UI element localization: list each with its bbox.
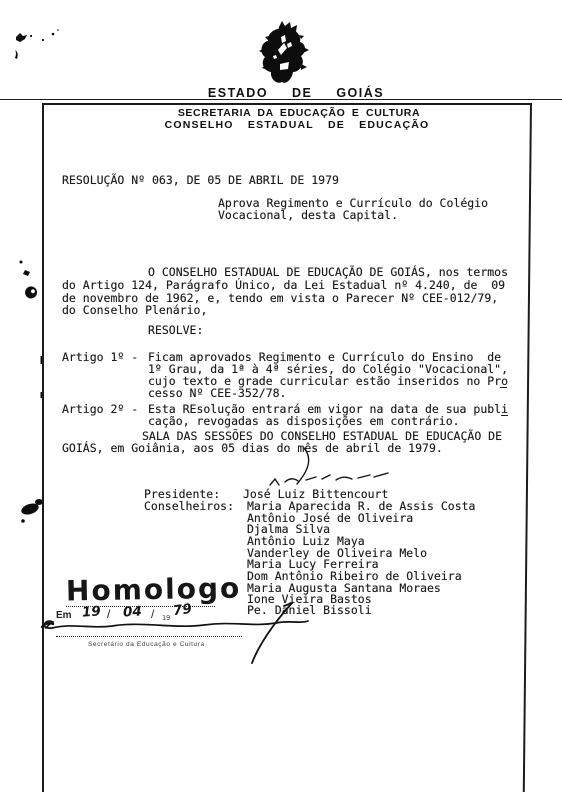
pen-stroke-arrow bbox=[244, 597, 304, 667]
stamp-date-dotted-line bbox=[66, 606, 215, 607]
article1-line: cesso Nº CEE-352/78. bbox=[148, 387, 286, 399]
preamble-line: do Conselho Plenário, bbox=[62, 304, 207, 316]
preamble-line: do Artigo 124, Parágrafo Único, da Lei E… bbox=[62, 279, 505, 291]
frame-right-border bbox=[523, 103, 532, 792]
hyphenation-underline bbox=[500, 387, 507, 388]
frame-top-border bbox=[42, 103, 532, 105]
signer-title-text: Secretário da Educação e Cultura bbox=[88, 641, 205, 648]
resolution-title: RESOLUÇÃO Nº 063, DE 05 DE ABRIL DE 1979 bbox=[62, 174, 339, 186]
homologo-stamp: Homologo bbox=[66, 571, 242, 607]
frame-left-border bbox=[42, 103, 44, 792]
article1-label: Artigo 1º - bbox=[62, 351, 138, 363]
letterhead-underline bbox=[0, 99, 562, 100]
signature-dotted-line bbox=[56, 636, 242, 637]
counselors-label: Conselheiros: bbox=[144, 500, 234, 512]
article2-line: cação, revogadas as disposições em contr… bbox=[148, 415, 460, 427]
preamble-line: O CONSELHO ESTADUAL DE EDUCAÇÃO DE GOIÁS… bbox=[148, 266, 508, 278]
hyphenation-underline bbox=[501, 415, 508, 416]
council-title: CONSELHO ESTADUAL DE EDUCAÇÃO bbox=[165, 119, 430, 131]
scanned-resolution-document: ESTADO DE GOIÁS SECRETARIA DA EDUCAÇÃO E… bbox=[0, 0, 562, 792]
article2-label: Artigo 2º - bbox=[62, 403, 138, 415]
summary-line: Vocacional, desta Capital. bbox=[218, 209, 398, 221]
state-title: ESTADO DE GOIÁS bbox=[208, 86, 384, 100]
goias-coat-of-arms-icon bbox=[257, 20, 311, 86]
resolve-label: RESOLVE: bbox=[148, 324, 203, 336]
secretariat-title: SECRETARIA DA EDUCAÇÃO E CULTURA bbox=[178, 107, 420, 119]
